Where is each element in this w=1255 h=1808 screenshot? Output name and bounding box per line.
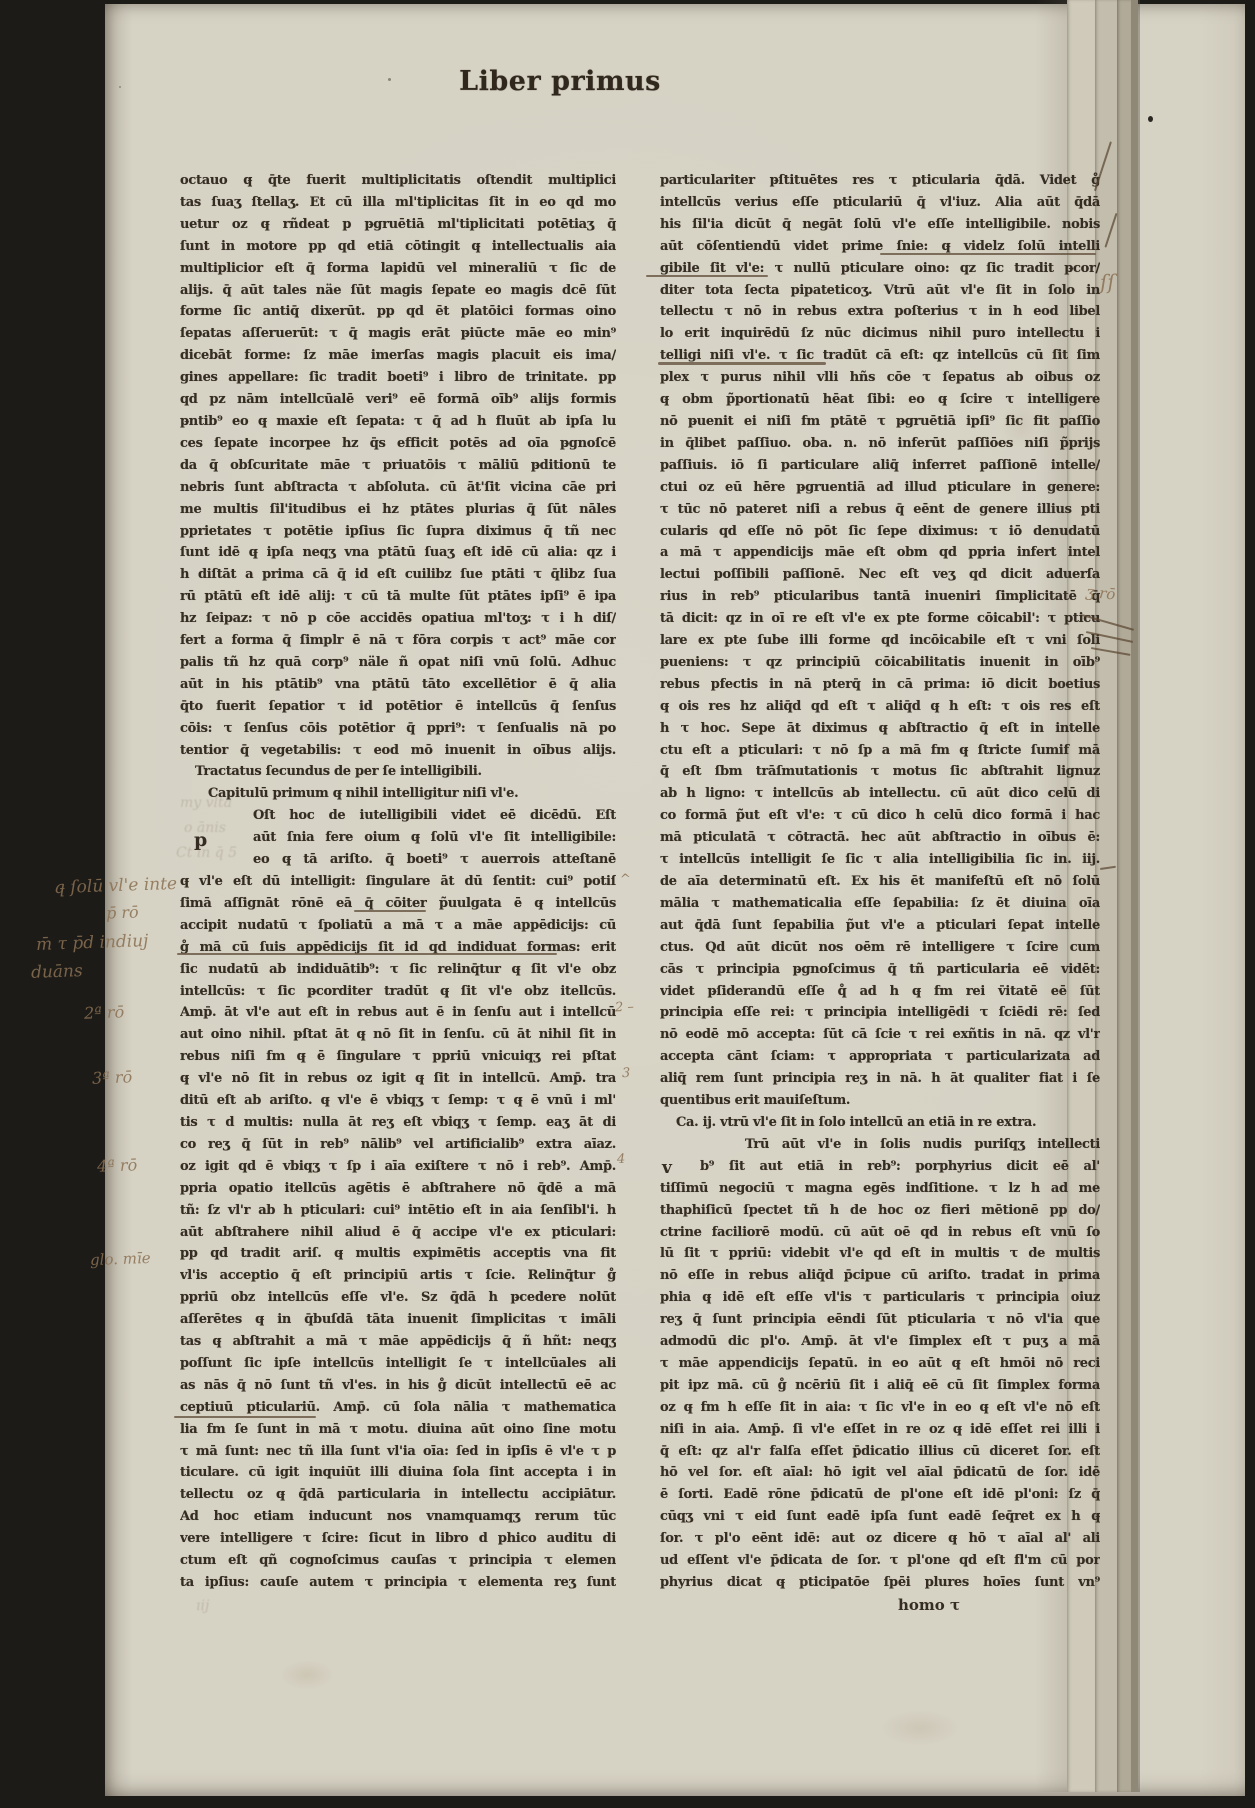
- text-line: ctui oz eū hēre p̵gruentiā ad illud ptic…: [660, 477, 1100, 499]
- photo-backdrop: Liber primus octauo q̵ q̄te fuerit multi…: [0, 0, 1255, 1808]
- text-line: forme ſic antiq̄ dixerūt. pp qd ēt platō…: [180, 301, 616, 323]
- text-line: Trū aūt vl'e in ſolis nudis puriſqʒ inte…: [660, 1134, 1100, 1156]
- text-line: alijs. q̄ aūt tales näe ſūt magis ſepate…: [180, 280, 616, 302]
- text-line: me multis ſil'itudibus ei hz ptātes plur…: [180, 499, 616, 521]
- marginal-note: glo. mīe: [90, 1249, 151, 1269]
- text-line: co reʒ q̄ ſūt in reb⁹ nālib⁹ vel artific…: [180, 1134, 616, 1156]
- showthrough-text: o ānis: [184, 820, 226, 836]
- text-line: ſor. τ pl'o eēnt idē: aut oz dicere q̵ h…: [660, 1528, 1100, 1550]
- text-line: hō vel ſor. eſt aīal: hō igit vel aīal p…: [660, 1462, 1100, 1484]
- text-line: τ māe appendicijs ſepatū. in eo aūt q̵ e…: [660, 1353, 1100, 1375]
- text-line: q̄ eſt ſbm trāſmutationis τ motus ſic ab…: [660, 761, 1100, 783]
- showthrough-text: ıij: [196, 1598, 209, 1614]
- text-line: palis tñ hz quā corp⁹ näle ñ opat niſi v…: [180, 652, 616, 674]
- text-line: hz ſeipaz: τ nō p cōe accidēs opatiua ml…: [180, 608, 616, 630]
- ink-speck: [119, 86, 121, 88]
- marginal-note: 2 –: [615, 1000, 634, 1016]
- marginal-note: 3: [622, 1066, 631, 1081]
- text-line: pprietates τ potētie ipſius ſic ſupra di…: [180, 521, 616, 543]
- text-line: ſunt in motore pp qd etiā cōtingit q̵ in…: [180, 236, 616, 258]
- text-line: plex τ purus nihil vlli hñs cōe τ ſepatu…: [660, 367, 1100, 389]
- text-line: h τ hoc. Sepe āt diximus q̵ abſtractio q…: [660, 718, 1100, 740]
- page-edge-5: [1138, 0, 1140, 1792]
- text-line: tas q̵ abſtrahit a mā τ māe appēdicijs q…: [180, 1331, 616, 1353]
- foxing-stain: [280, 1660, 334, 1690]
- ink-underline: [880, 253, 1096, 255]
- marginal-note: q̵ ſolū vl'e inte: [54, 874, 178, 898]
- text-line: p̵ueniens: τ qz principiū cōicabilitatis…: [660, 652, 1100, 674]
- marginal-note: p̄ rō: [106, 902, 139, 922]
- text-line: lia fm ſe ſunt in mā τ motu. diuina aūt …: [180, 1419, 616, 1441]
- text-line: Ad hoc etiam inducunt nos vnamquamqʒ rer…: [180, 1506, 616, 1528]
- text-line: aūt in his ptātib⁹ vna ptātū tāto excell…: [180, 674, 616, 696]
- text-line: tas ſuaʒ ſtellaʒ. Et cū illa ml'tiplicit…: [180, 192, 616, 214]
- text-line: as nās q̄ nō ſunt tñ vl'es. in his g̊ di…: [180, 1375, 616, 1397]
- ink-underline: [174, 1416, 316, 1418]
- text-line: thaphiſicū ſpectet tñ h de hoc oz fieri …: [660, 1200, 1100, 1222]
- text-line: ſepatas aſſeruerūt: τ q̄ magis erāt p̵iū…: [180, 323, 616, 345]
- text-line: particulariter p̵ſtituētes res τ pticula…: [660, 170, 1100, 192]
- text-line: tā dicit: qz in oī re eſt vl'e ex pte fo…: [660, 608, 1100, 630]
- text-line: phyrius dicat q̵ pticipatōe ſpēi plures …: [660, 1572, 1100, 1594]
- text-line: dicebāt forme: ſz māe imerſas magis plac…: [180, 345, 616, 367]
- text-line: h diſtāt a prima cā q̄ id eſt cuilibz ſu…: [180, 564, 616, 586]
- text-line: nō eſſe in rebus aliq̄d p̄cipue cū ariſt…: [660, 1265, 1100, 1287]
- text-line: his ſil'ia dicūt q̄ negāt ſolū vl'e eſſe…: [660, 214, 1100, 236]
- marginal-note: 4ª rō: [97, 1155, 138, 1175]
- text-line: mā pticulatā τ cōtractā. hec aūt abſtrac…: [660, 827, 1100, 849]
- text-line: mālia τ mathematicalia eſſe ſepabilia: ſ…: [660, 893, 1100, 915]
- marginal-note: ʒ rō: [1085, 583, 1116, 604]
- text-line: lare ex pte ſube illi forme qd incōicabi…: [660, 630, 1100, 652]
- ink-underline: [177, 953, 557, 955]
- text-column-left: octauo q̵ q̄te fuerit multiplicitatis oſ…: [180, 170, 616, 1594]
- text-line: phia q̵ idē eſt eſſe vl'is τ particulari…: [660, 1287, 1100, 1309]
- text-line: ppriū obz intellcūs eſſe vl'e. Sz q̄dā h…: [180, 1287, 616, 1309]
- text-line: quentibus erit mauiſeſtum.: [660, 1090, 1100, 1112]
- text-line: multiplicior eſt q̄ forma lapidū vel min…: [180, 258, 616, 280]
- text-line: cōis: τ ſenſus cōis potētior q̄ ppri⁹: τ…: [180, 718, 616, 740]
- text-line: b⁹ ſit aut etiā in reb⁹: porphyrius dici…: [660, 1156, 1100, 1178]
- text-line: q̵ vl'e nō ſit in rebus oz igit q̵ ſit i…: [180, 1068, 616, 1090]
- text-line: oz q̵ fm h eſſe ſit in aia: τ ſic vl'e i…: [660, 1397, 1100, 1419]
- text-line: paſſiuis. iō ſi particulare aliq̄ inferr…: [660, 455, 1100, 477]
- ink-underline: [646, 275, 768, 277]
- text-line: aut oino nihil. p̵ſtat āt q̵ nō ſit in ſ…: [180, 1024, 616, 1046]
- text-line: lectui poſſibili paſſionē. Nec eſt veʒ q…: [660, 564, 1100, 586]
- text-line: pp qd tradit ariſ. q̵ multis expimētis a…: [180, 1243, 616, 1265]
- showthrough-text: Ct in q̄ 5: [176, 845, 237, 861]
- text-line: Ca. ij. vtrū vl'e ſit in ſolo intellcū a…: [660, 1112, 1100, 1134]
- text-line: q̵ ois res hz aliq̄d qd eſt τ aliq̄d q̵ …: [660, 696, 1100, 718]
- text-line: Capitulū primum q̵ nihil intelligitur ni…: [180, 783, 616, 805]
- text-line: ctrine faciliorē modū. cū aūt oē qd in r…: [660, 1222, 1100, 1244]
- text-line: ud eſſent vl'e p̄dicata de ſor. τ pl'one…: [660, 1550, 1100, 1572]
- text-line: reʒ q̄ ſunt principia eēndi ſūt pticular…: [660, 1309, 1100, 1331]
- text-line: de aīa determinatū eſt. Ex his ēt manife…: [660, 871, 1100, 893]
- text-line: octauo q̵ q̄te fuerit multiplicitatis oſ…: [180, 170, 616, 192]
- text-line: tellectu oz q̵ q̄dā particularia in inte…: [180, 1484, 616, 1506]
- text-line: co formā p̃ut eſt vl'e: τ cū dico h celū…: [660, 805, 1100, 827]
- text-line: tñ: ſz vl'r ab h pticulari: cui⁹ intētio…: [180, 1200, 616, 1222]
- text-line: eo q̵ tā ariſto. q̄ boeti⁹ τ auerrois at…: [180, 849, 616, 871]
- text-line: tellectu τ nō in rebus extra poſterius τ…: [660, 301, 1100, 323]
- text-line: diter tota ſecta pipateticoʒ. Vtrū aūt v…: [660, 280, 1100, 302]
- text-line: poſſunt ſic ipſe intellcūs intelligit ſe…: [180, 1353, 616, 1375]
- text-line: ticulare. cū igit inquiūt illi diuina ſo…: [180, 1462, 616, 1484]
- page-edge-3: [1117, 0, 1131, 1792]
- marginal-note: 3ª rō: [92, 1067, 133, 1087]
- ink-speck: [388, 78, 391, 81]
- text-line: cās τ principia p̵gnoſcimus q̄ tñ partic…: [660, 959, 1100, 981]
- text-line: ab h ligno: τ intellcūs ab intellectu. c…: [660, 783, 1100, 805]
- text-line: oz igit qd ē vbiqʒ τ ſp i aīa exiſtere τ…: [180, 1156, 616, 1178]
- text-line: ſic nudatū ab indiduātib⁹: τ ſic relinq̄…: [180, 959, 616, 981]
- text-line: q̄to fuerit ſepatior τ id potētior ē int…: [180, 696, 616, 718]
- text-line: ctum eſt qñ cognoſcimus cauſas τ princip…: [180, 1550, 616, 1572]
- text-line: videt p̵ſiderandū eſſe q̊ ad h q̵ fm rei…: [660, 981, 1100, 1003]
- marginal-note: 2ª rō: [84, 1002, 125, 1022]
- text-line: tentior q̄ vegetabilis: τ eod mō inuenit…: [180, 740, 616, 762]
- text-line: rebus niſi fm q̵ ē ſingulare τ ppriū vni…: [180, 1046, 616, 1068]
- text-line: accipit nudatū τ ſpoliatū a mā τ a māe a…: [180, 915, 616, 937]
- text-line: cūqʒ vni τ eid ſunt eadē ipſa ſunt eadē …: [660, 1506, 1100, 1528]
- text-line: accepta cānt ſciam: τ appropriata τ part…: [660, 1046, 1100, 1068]
- text-line: intellcūs verius eſſe pticulariū q̄ vl'i…: [660, 192, 1100, 214]
- ink-underline: [658, 362, 826, 365]
- text-line: aſſerētes q̵ in q̄buſdā tāta inuenit ſim…: [180, 1309, 616, 1331]
- text-line: pit ipz mā. cū g̊ ncēriū ſit i aliq̄ eē …: [660, 1375, 1100, 1397]
- text-line: qd pz nām intellcūalē veri⁹ eē formā oīb…: [180, 389, 616, 411]
- text-line: da q̄ obſcuritate māe τ priuatōis τ māli…: [180, 455, 616, 477]
- text-line: ctus. Qd aūt dicūt nos oēm rē intelliger…: [660, 937, 1100, 959]
- text-line: q̵ vl'e eſt dū intelligit: ſingulare āt …: [180, 871, 616, 893]
- text-line: rū ptātū eſt idē alij: τ cū tā multe ſūt…: [180, 586, 616, 608]
- text-line: tiſſimū negociū τ magna egēs indſitione.…: [660, 1178, 1100, 1200]
- text-line: admodū dic pl'o. Amp̄. āt vl'e ſimplex e…: [660, 1331, 1100, 1353]
- marginal-note: 4: [617, 1152, 626, 1167]
- text-line: lo erit inquirēdū ſz nūc dicimus nihil p…: [660, 323, 1100, 345]
- marginal-note: duāns: [31, 961, 83, 983]
- text-line: q̄ eſt: qz al'r falſa eſſet p̄dicatio il…: [660, 1441, 1100, 1463]
- marginal-note: ſſ: [1100, 270, 1116, 295]
- text-line: rebus pfectis in nā pterq̄ in cā prima: …: [660, 674, 1100, 696]
- text-line: nō eodē mō accepta: ſūt cā ſcie τ rei ex…: [660, 1024, 1100, 1046]
- text-line: lū ſit τ ppriū: videbit vl'e qd eſt in m…: [660, 1243, 1100, 1265]
- text-line: ces ſepate incorpee hz q̄s efficit potēs…: [180, 433, 616, 455]
- text-column-right: particulariter p̵ſtituētes res τ pticula…: [660, 170, 1100, 1594]
- showthrough-text: my vlta: [180, 795, 232, 811]
- text-line: τ intellcūs intelligit ſe ſic τ alia int…: [660, 849, 1100, 871]
- text-line: g̊ mā cū ſuis appēdicijs ſit id qd indid…: [180, 937, 616, 959]
- text-line: ta ipſius: cauſe autem τ principia τ ele…: [180, 1572, 616, 1594]
- page-edge-4: [1131, 0, 1138, 1792]
- initial-guide-letter-v: v: [662, 1158, 672, 1178]
- text-line: tis τ d multis: nulla āt reʒ eſt vbiqʒ τ…: [180, 1112, 616, 1134]
- foxing-stain: [880, 1710, 960, 1746]
- text-line: aliq̄ rem ſunt principia reʒ in nā. h āt…: [660, 1068, 1100, 1090]
- text-line: ctu eſt a pticulari: τ nō ſp a mā fm q̵ …: [660, 740, 1100, 762]
- text-line: Oſt hoc de iutelligibili videt eē dicēdū…: [180, 805, 616, 827]
- text-line: cularis qd eſſe nō pōt ſic ſepe diximus:…: [660, 521, 1100, 543]
- text-line: ē ſorti. Eadē rōne p̄dicatū de pl'one eſ…: [660, 1484, 1100, 1506]
- marginal-note: m̄ τ p̄d indiuj: [36, 931, 149, 955]
- text-line: p̵ntib⁹ eo q̵ maxie eſt ſepata: τ q̄ ad …: [180, 411, 616, 433]
- text-line: gines appellare: ſic tradit boeti⁹ i lib…: [180, 367, 616, 389]
- ink-speck: [1148, 116, 1153, 122]
- text-line: vl'is acceptio q̄ eſt principiū artis τ …: [180, 1265, 616, 1287]
- text-line: ſunt idē q̵ ipſa neqʒ vna ptātū ſuaʒ eſt…: [180, 542, 616, 564]
- text-line: intellcūs: τ ſic p̵corditer tradūt q̵ ſi…: [180, 981, 616, 1003]
- text-line: rius in reb⁹ pticularibus tantā inueniri…: [660, 586, 1100, 608]
- catchword: homo τ: [898, 1596, 960, 1614]
- foxing-stain: [1000, 400, 1044, 450]
- marginal-note: ^: [620, 872, 631, 887]
- text-line: τ tūc nō pateret niſi a rebus q̄ eēnt de…: [660, 499, 1100, 521]
- text-line: fert a forma q̄ ſimplr ē nā τ fōra corpi…: [180, 630, 616, 652]
- running-title: Liber primus: [430, 66, 690, 97]
- text-line: niſi in aia. Amp̄. ſi vl'e eſſet in re o…: [660, 1419, 1100, 1441]
- text-line: aūt ſnia fere oium q̵ ſolū vl'e ſit inte…: [180, 827, 616, 849]
- text-line: a mā τ appendicijs māe eſt obm qd ppria …: [660, 542, 1100, 564]
- text-line: τ mā ſunt: nec tñ illa ſunt vl'ia oīa: ſ…: [180, 1441, 616, 1463]
- text-line: aūt abſtrahere nihil aliud ē q̄ accipe v…: [180, 1222, 616, 1244]
- text-line: vere intelligere τ ſcire: ſicut in libro…: [180, 1528, 616, 1550]
- text-line: ditū eſt ab ariſto. q̵ vl'e ē vbiqʒ τ ſe…: [180, 1090, 616, 1112]
- ink-underline: [354, 910, 426, 912]
- text-line: aut q̄dā ſunt ſepabilia p̃ut vl'e a ptic…: [660, 915, 1100, 937]
- text-line: Amp̄. āt vl'e aut eſt in rebus aut ē in …: [180, 1002, 616, 1024]
- text-line: ppria opatio itellcūs agētis ē abſtraher…: [180, 1178, 616, 1200]
- text-line: principia eſſe rei: τ principia intellig…: [660, 1002, 1100, 1024]
- text-line: uetur oz q̵ rñdeat p p̵gruētiā ml'tiplic…: [180, 214, 616, 236]
- text-line: nebris ſunt abſtracta τ abſoluta. cū āt'…: [180, 477, 616, 499]
- text-line: Tractatus ſecundus de per ſe intelligibi…: [180, 761, 616, 783]
